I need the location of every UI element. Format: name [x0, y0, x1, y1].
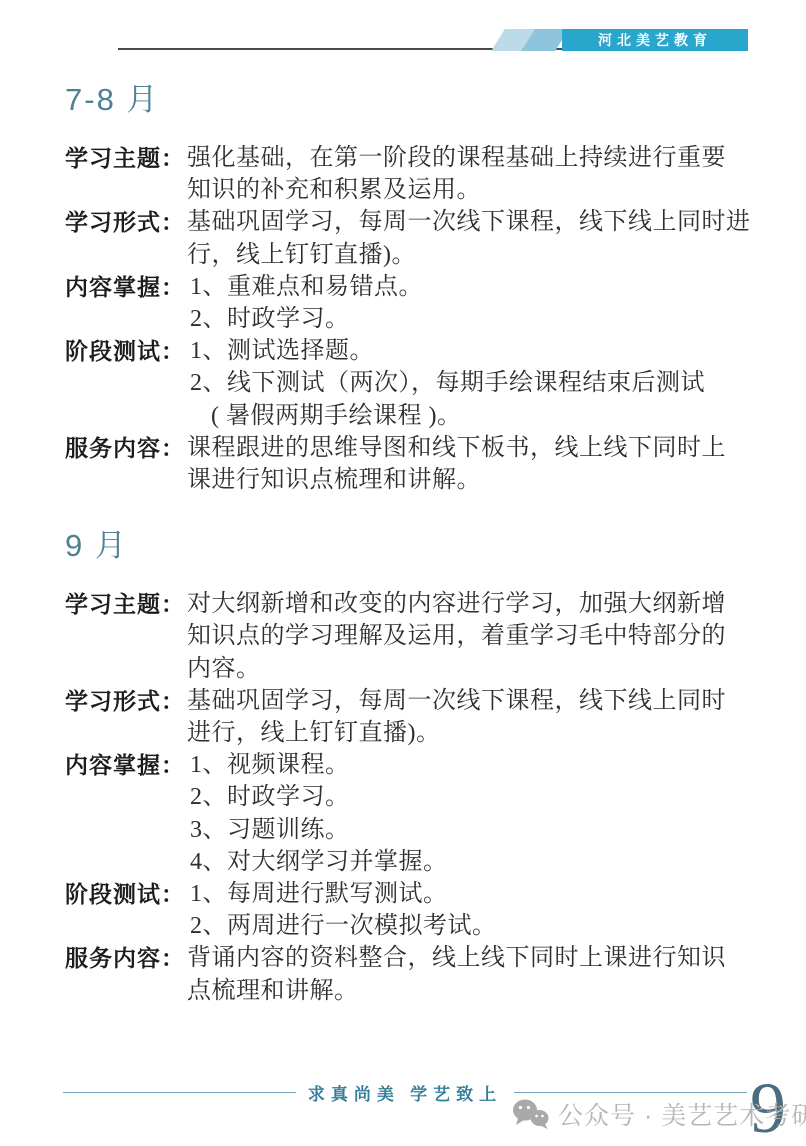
text-line: 两周进行一次模拟考试。 [227, 910, 759, 942]
field-label: 服务内容： [65, 942, 187, 1006]
list-item-number: 4、 [187, 846, 227, 878]
text-line: 内容。 [187, 653, 759, 685]
field-content: 基础巩固学习，每周一次线下课程，线下线上同时 进行，线上钉钉直播)。 [187, 685, 759, 749]
field-label: 服务内容： [65, 432, 187, 496]
field-content: 基础巩固学习，每周一次线下课程，线下线上同时进 行，线上钉钉直播)。 [187, 206, 759, 270]
field-label: 学习形式： [65, 685, 187, 749]
text-line: 强化基础，在第一阶段的课程基础上持续进行重要 [187, 142, 759, 174]
text-line: 视频课程。 [227, 749, 759, 781]
field-row: 内容掌握： 1、 重难点和易错点。 2、 时政学习。 [65, 271, 759, 335]
field-label: 阶段测试： [65, 878, 187, 942]
field-row: 服务内容： 课程跟进的思维导图和线下板书，线上线下同时上 课进行知识点梳理和讲解… [65, 432, 759, 496]
field-content: 1、 重难点和易错点。 2、 时政学习。 [187, 271, 759, 335]
list-item: 1、 测试选择题。 [187, 335, 759, 367]
text-line: 知识的补充和积累及运用。 [187, 174, 759, 206]
text-line: 知识点的学习理解及运用，着重学习毛中特部分的 [187, 620, 759, 652]
list-item: 2、 时政学习。 [187, 781, 759, 813]
field-row: 学习形式： 基础巩固学习，每周一次线下课程，线下线上同时进 行，线上钉钉直播)。 [65, 206, 759, 270]
field-content: 强化基础，在第一阶段的课程基础上持续进行重要 知识的补充和积累及运用。 [187, 142, 759, 206]
text-line: 时政学习。 [227, 303, 759, 335]
list-item-number: 1、 [187, 271, 227, 303]
document-body: 7-8 月 学习主题： 强化基础，在第一阶段的课程基础上持续进行重要 知识的补充… [65, 82, 759, 1007]
list-item-number: 2、 [187, 303, 227, 335]
text-line: 对大纲新增和改变的内容进行学习，加强大纲新增 [187, 588, 759, 620]
field-label: 学习形式： [65, 206, 187, 270]
field-label: 阶段测试： [65, 335, 187, 432]
text-line: 进行，线上钉钉直播)。 [187, 717, 759, 749]
field-content: 1、 测试选择题。 2、 线下测试（两次），每期手绘课程结束后测试 ( 暑假两期… [187, 335, 759, 432]
text-line: 基础巩固学习，每周一次线下课程，线下线上同时进 [187, 206, 759, 238]
text-line: 习题训练。 [227, 814, 759, 846]
brand-badge: 河北美艺教育 [562, 29, 748, 51]
field-label: 内容掌握： [65, 271, 187, 335]
list-item: 4、 对大纲学习并掌握。 [187, 846, 759, 878]
field-label: 学习主题： [65, 588, 187, 685]
field-content: 课程跟进的思维导图和线下板书，线上线下同时上 课进行知识点梳理和讲解。 [187, 432, 759, 496]
field-row: 内容掌握： 1、 视频课程。 2、 时政学习。 3、 习题训练。 4、 对大纲学… [65, 749, 759, 878]
section-title-sep: 9 月 [65, 528, 759, 564]
watermark-text: 公众号 · 美艺艺术考研 [558, 1096, 806, 1132]
text-line: 测试选择题。 [227, 335, 759, 367]
section-title-jul-aug: 7-8 月 [65, 82, 759, 118]
text-line: 时政学习。 [227, 781, 759, 813]
list-item: 1、 重难点和易错点。 [187, 271, 759, 303]
list-item-number: 2、 [187, 910, 227, 942]
list-item: 1、 每周进行默写测试。 [187, 878, 759, 910]
text-line: 重难点和易错点。 [227, 271, 759, 303]
text-line: ( 暑假两期手绘课程 )。 [211, 400, 759, 432]
wechat-icon [512, 1098, 550, 1130]
text-line: 行，线上钉钉直播)。 [187, 239, 759, 271]
list-item-number: 1、 [187, 749, 227, 781]
field-row: 阶段测试： 1、 每周进行默写测试。 2、 两周进行一次模拟考试。 [65, 878, 759, 942]
list-item: 2、 线下测试（两次），每期手绘课程结束后测试 ( 暑假两期手绘课程 )。 [187, 367, 759, 431]
list-item: 3、 习题训练。 [187, 814, 759, 846]
field-row: 学习主题： 强化基础，在第一阶段的课程基础上持续进行重要 知识的补充和积累及运用… [65, 142, 759, 206]
list-item-number: 1、 [187, 878, 227, 910]
list-item-number: 2、 [187, 781, 227, 813]
field-row: 学习主题： 对大纲新增和改变的内容进行学习，加强大纲新增 知识点的学习理解及运用… [65, 588, 759, 685]
text-line: 线下测试（两次），每期手绘课程结束后测试 [227, 367, 759, 399]
list-item: 1、 视频课程。 [187, 749, 759, 781]
field-row: 服务内容： 背诵内容的资料整合，线上线下同时上课进行知识 点梳理和讲解。 [65, 942, 759, 1006]
text-line: 对大纲学习并掌握。 [227, 846, 759, 878]
field-content: 背诵内容的资料整合，线上线下同时上课进行知识 点梳理和讲解。 [187, 942, 759, 1006]
list-item: 2、 时政学习。 [187, 303, 759, 335]
footer-slogan: 求真尚美 学艺致上 [308, 1080, 502, 1105]
watermark: 公众号 · 美艺艺术考研 [512, 1096, 806, 1132]
text-line: 课进行知识点梳理和讲解。 [187, 464, 759, 496]
slogan-rule-left [63, 1092, 296, 1093]
text-line: 课程跟进的思维导图和线下板书，线上线下同时上 [187, 432, 759, 464]
field-row: 阶段测试： 1、 测试选择题。 2、 线下测试（两次），每期手绘课程结束后测试 … [65, 335, 759, 432]
field-content: 1、 每周进行默写测试。 2、 两周进行一次模拟考试。 [187, 878, 759, 942]
field-row: 学习形式： 基础巩固学习，每周一次线下课程，线下线上同时 进行，线上钉钉直播)。 [65, 685, 759, 749]
field-label: 内容掌握： [65, 749, 187, 878]
text-line: 点梳理和讲解。 [187, 975, 759, 1007]
field-content: 对大纲新增和改变的内容进行学习，加强大纲新增 知识点的学习理解及运用，着重学习毛… [187, 588, 759, 685]
field-content: 1、 视频课程。 2、 时政学习。 3、 习题训练。 4、 对大纲学习并掌握。 [187, 749, 759, 878]
field-label: 学习主题： [65, 142, 187, 206]
slogan-rule-right [514, 1092, 747, 1093]
list-item: 2、 两周进行一次模拟考试。 [187, 910, 759, 942]
text-line: 每周进行默写测试。 [227, 878, 759, 910]
list-item-number: 3、 [187, 814, 227, 846]
text-line: 基础巩固学习，每周一次线下课程，线下线上同时 [187, 685, 759, 717]
list-item-number: 1、 [187, 335, 227, 367]
text-line: 背诵内容的资料整合，线上线下同时上课进行知识 [187, 942, 759, 974]
